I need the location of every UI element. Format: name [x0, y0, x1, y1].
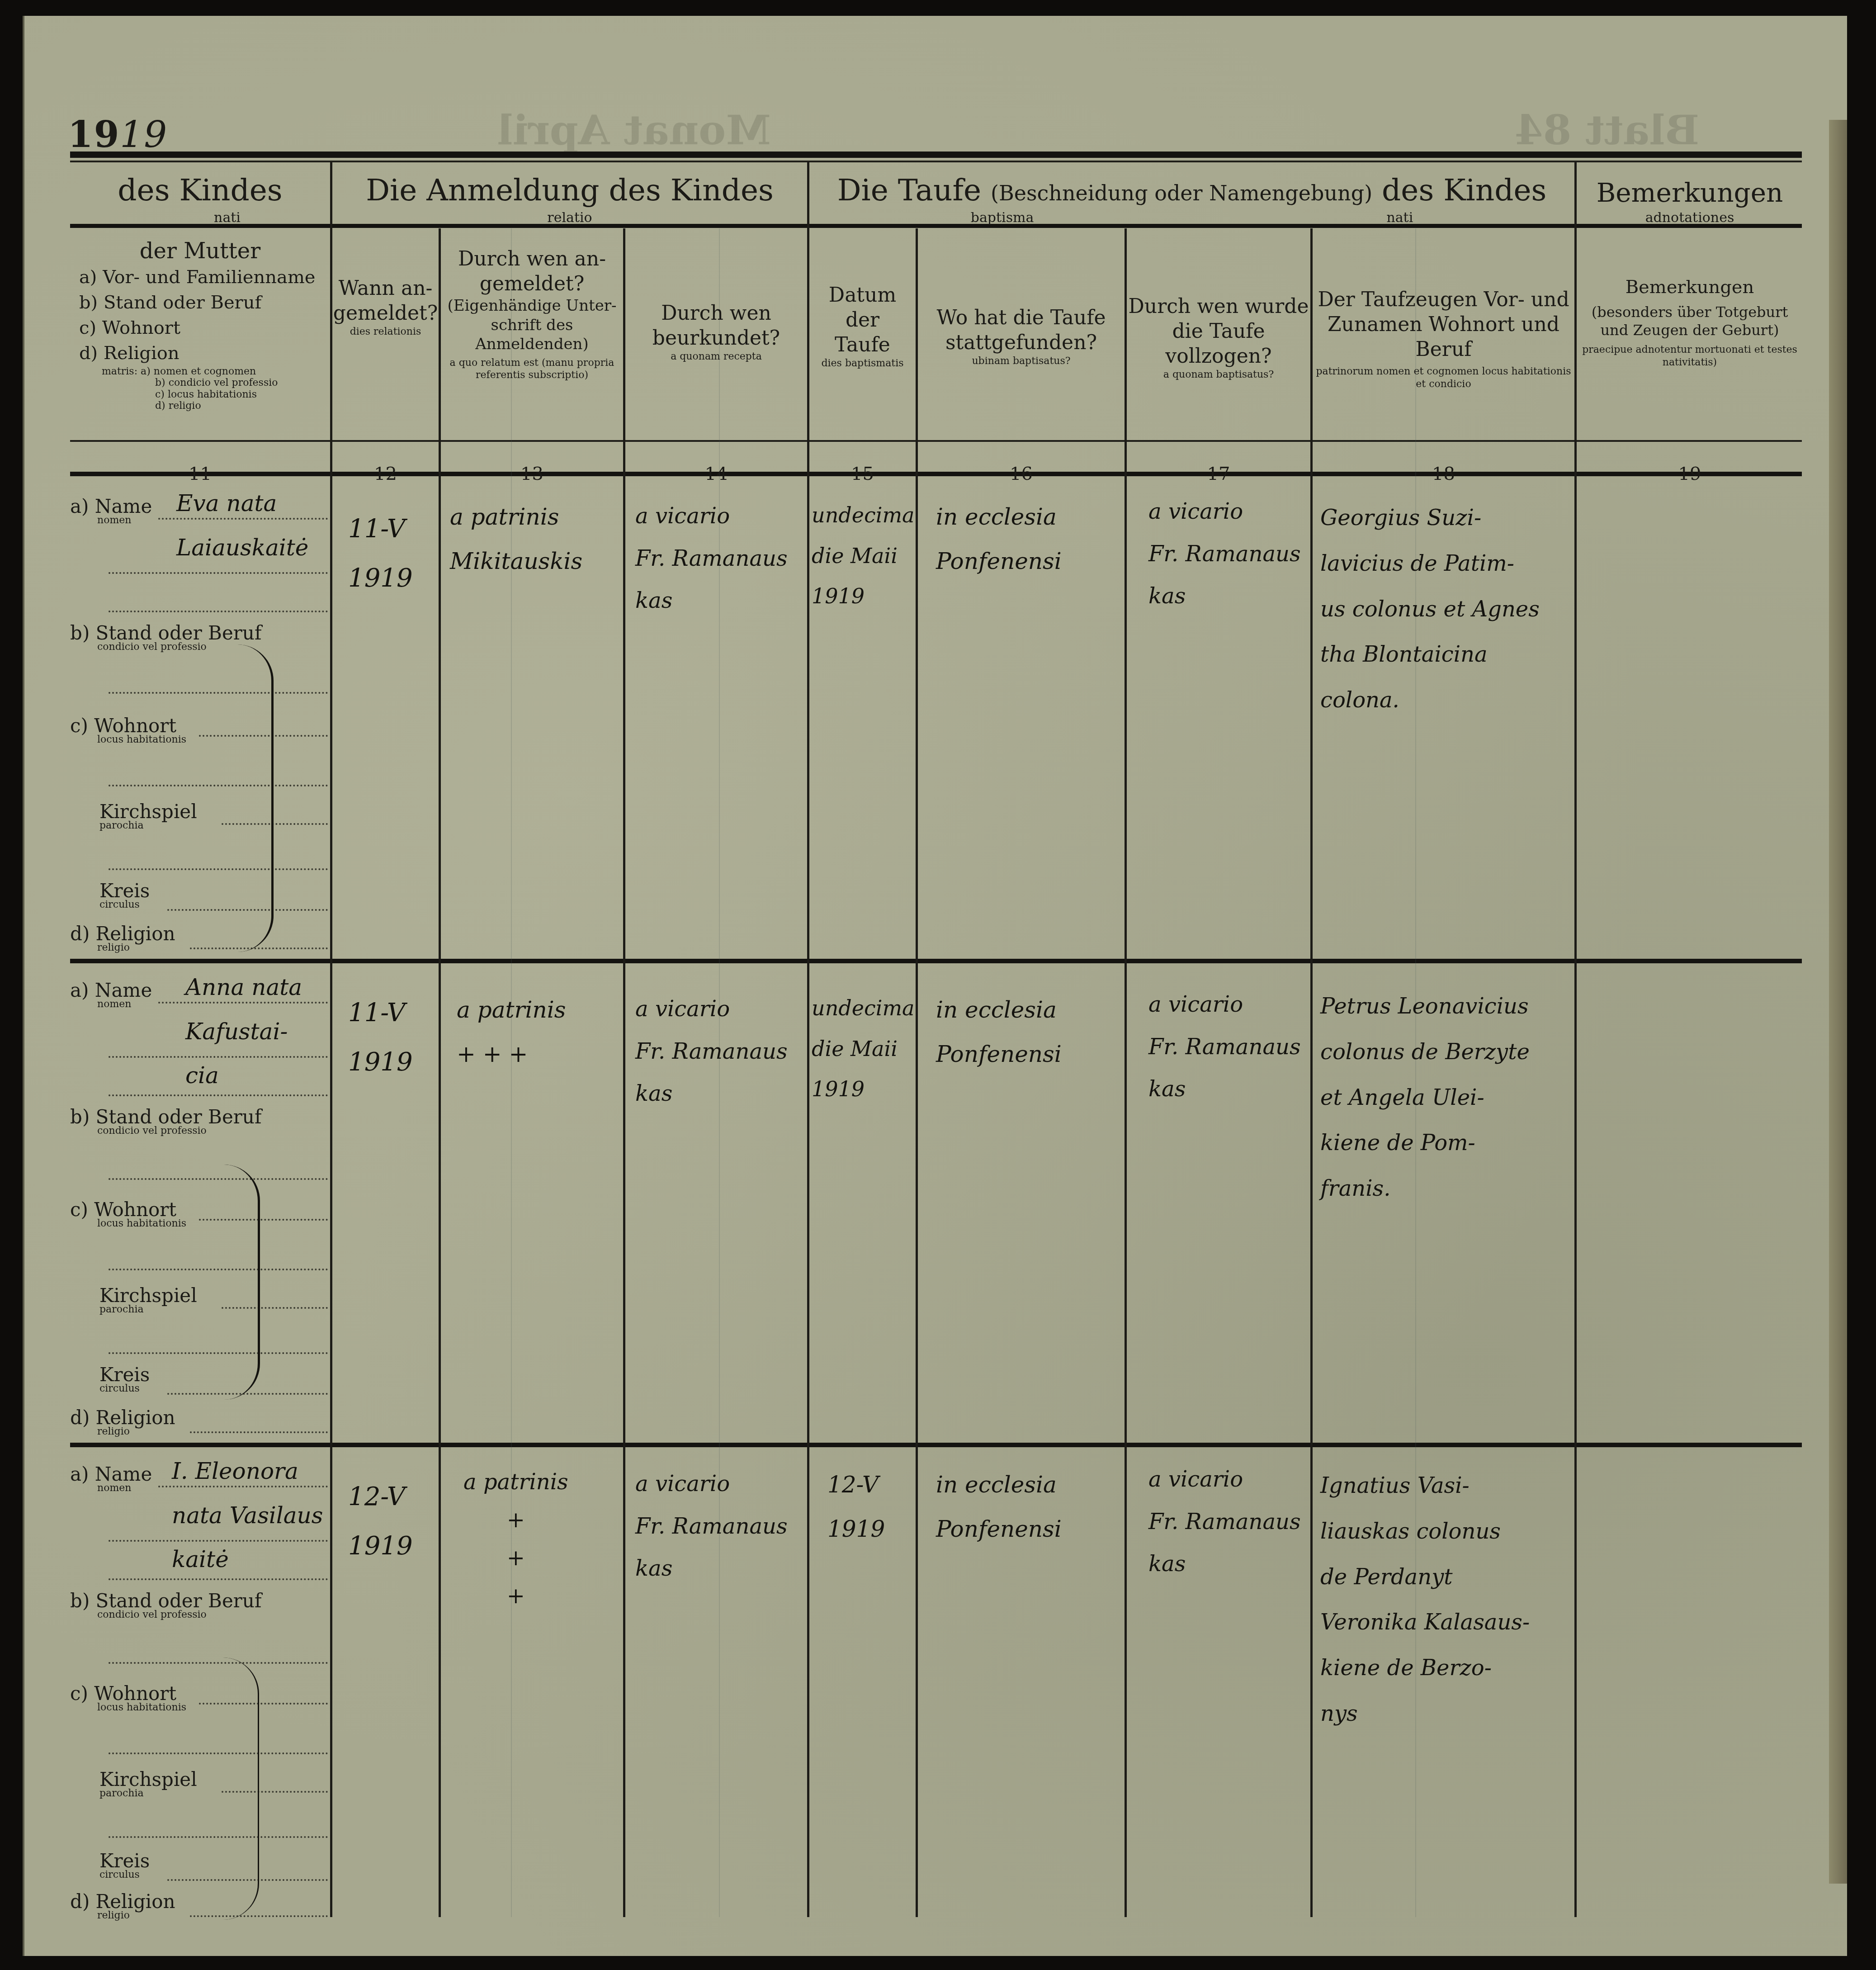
- label-stand: b) Stand oder Berufcondicio vel professi…: [70, 1590, 261, 1620]
- col-num-12: 12: [332, 464, 439, 484]
- mother-name: I. Eleonora nata Vasilaus kaitė: [172, 1449, 323, 1582]
- label-kreis: Kreiscirculus: [99, 1850, 150, 1880]
- recorded-by: a vicario Fr. Ramanaus kas: [635, 495, 788, 622]
- col-13-header: Durch wen an- gemeldet? (Eigenhändige Un…: [441, 246, 623, 382]
- baptised-by: a vicario Fr. Ramanaus kas: [1148, 491, 1301, 618]
- announced-by: a patrinis + + +: [457, 988, 566, 1076]
- mother-name: Eva nata Laiauskaitė: [176, 482, 308, 570]
- register-page: 1919 Monat April Blatt 84 des Kindes nat…: [23, 16, 1847, 1956]
- announced-by: a patrinis + + +: [463, 1463, 568, 1615]
- recorded-by: a vicario Fr. Ramanaus kas: [635, 1463, 788, 1590]
- bleed-through-monat: Monat April: [497, 106, 771, 154]
- col-11-header: der Mutter a) Vor- und Familienname b) S…: [70, 237, 330, 412]
- godparents: Ignatius Vasi- liauskas colonus de Perda…: [1320, 1463, 1530, 1737]
- ditto-brace: [222, 1657, 259, 1920]
- col-16-header: Wo hat die Taufe stattgefunden? ubinam b…: [918, 305, 1125, 368]
- baptism-date: undecima die Maii 1919: [812, 988, 914, 1110]
- baptised-by: a vicario Fr. Ramanaus kas: [1148, 1459, 1301, 1586]
- page-stack-edge: [1829, 120, 1847, 1884]
- col-num-16: 16: [918, 464, 1125, 484]
- baptised-by: a vicario Fr. Ramanaus kas: [1148, 984, 1301, 1111]
- header-top-rule: [70, 152, 1802, 158]
- section-taufe: Die Taufe (Beschneidung oder Namengebung…: [809, 172, 1574, 226]
- label-name: a) Namenomen: [70, 1463, 152, 1494]
- label-kreis: Kreiscirculus: [99, 1364, 150, 1394]
- col-num-18: 18: [1313, 464, 1574, 484]
- col-num-19: 19: [1577, 464, 1803, 484]
- label-religion: d) Religionreligio: [70, 1406, 175, 1437]
- binding-edge: [23, 16, 24, 1956]
- label-kreis: Kreiscirculus: [99, 880, 150, 910]
- col-15-header: Datum der Taufe dies baptismatis: [809, 283, 916, 370]
- godparents: Petrus Leonavicius colonus de Berzyte et…: [1320, 984, 1530, 1212]
- year-heading: 1919: [68, 113, 168, 156]
- label-wohnort: c) Wohnortlocus habitationis: [70, 715, 186, 745]
- year-handwritten: 19: [120, 114, 168, 156]
- year-printed: 19: [68, 113, 120, 156]
- label-stand: b) Stand oder Berufcondicio vel professi…: [70, 622, 261, 653]
- ditto-brace: [222, 1165, 260, 1400]
- col-divider-18: [1574, 162, 1577, 1917]
- label-kirchspiel: Kirchspielparochia: [99, 1284, 197, 1315]
- section-kind: des Kindes nati: [70, 172, 330, 226]
- announced-when: 12-V 1919: [348, 1472, 413, 1571]
- baptism-date: undecima die Maii 1919: [812, 495, 914, 617]
- label-stand: b) Stand oder Berufcondicio vel professi…: [70, 1106, 261, 1137]
- ditto-brace: [235, 644, 274, 952]
- label-kirchspiel: Kirchspielparochia: [99, 1768, 197, 1799]
- godparents: Georgius Suzi- lavicius de Patim- us col…: [1320, 495, 1540, 723]
- col-num-13: 13: [441, 464, 623, 484]
- announced-when: 11-V 1919: [348, 988, 413, 1087]
- recorded-by: a vicario Fr. Ramanaus kas: [635, 988, 788, 1115]
- baptism-place: in ecclesia Ponfenensi: [936, 495, 1062, 583]
- announced-when: 11-V 1919: [348, 504, 413, 603]
- label-wohnort: c) Wohnortlocus habitationis: [70, 1682, 186, 1713]
- col-17-header: Durch wen wurde die Taufe vollzogen? a q…: [1127, 294, 1310, 381]
- col-divider-11: [330, 162, 332, 1917]
- baptism-place: in ecclesia Ponfenensi: [936, 1463, 1062, 1551]
- col-num-15: 15: [809, 464, 916, 484]
- mother-name: Anna nata Kafustai- cia: [185, 966, 302, 1098]
- section-anmeldung: Die Anmeldung des Kindes relatio: [332, 172, 807, 226]
- section-bemerkungen: Bemerkungen adnotationes: [1577, 176, 1803, 226]
- label-name: a) Namenomen: [70, 979, 152, 1010]
- label-name: a) Namenomen: [70, 495, 152, 526]
- announced-by: a patrinis Mikitauskis: [450, 495, 582, 583]
- baptism-date: 12-V 1919: [827, 1463, 885, 1551]
- label-religion: d) Religionreligio: [70, 1890, 175, 1921]
- col-divider-14: [807, 162, 809, 1917]
- col-14-header: Durch wen beurkundet? a quonam recepta: [625, 301, 807, 363]
- col-num-14: 14: [625, 464, 807, 484]
- bleed-through-blatt: Blatt 84: [1515, 106, 1699, 154]
- label-kirchspiel: Kirchspielparochia: [99, 800, 197, 831]
- label-wohnort: c) Wohnortlocus habitationis: [70, 1198, 186, 1229]
- col-12-header: Wann an- gemeldet? dies relationis: [332, 276, 439, 338]
- col-num-17: 17: [1127, 464, 1310, 484]
- baptism-place: in ecclesia Ponfenensi: [936, 988, 1062, 1076]
- label-religion: d) Religionreligio: [70, 923, 175, 953]
- col-19-header: Bemerkungen (besonders über Totgeburt un…: [1577, 276, 1803, 369]
- col-18-header: Der Taufzeugen Vor- und Zunamen Wohnort …: [1313, 287, 1574, 390]
